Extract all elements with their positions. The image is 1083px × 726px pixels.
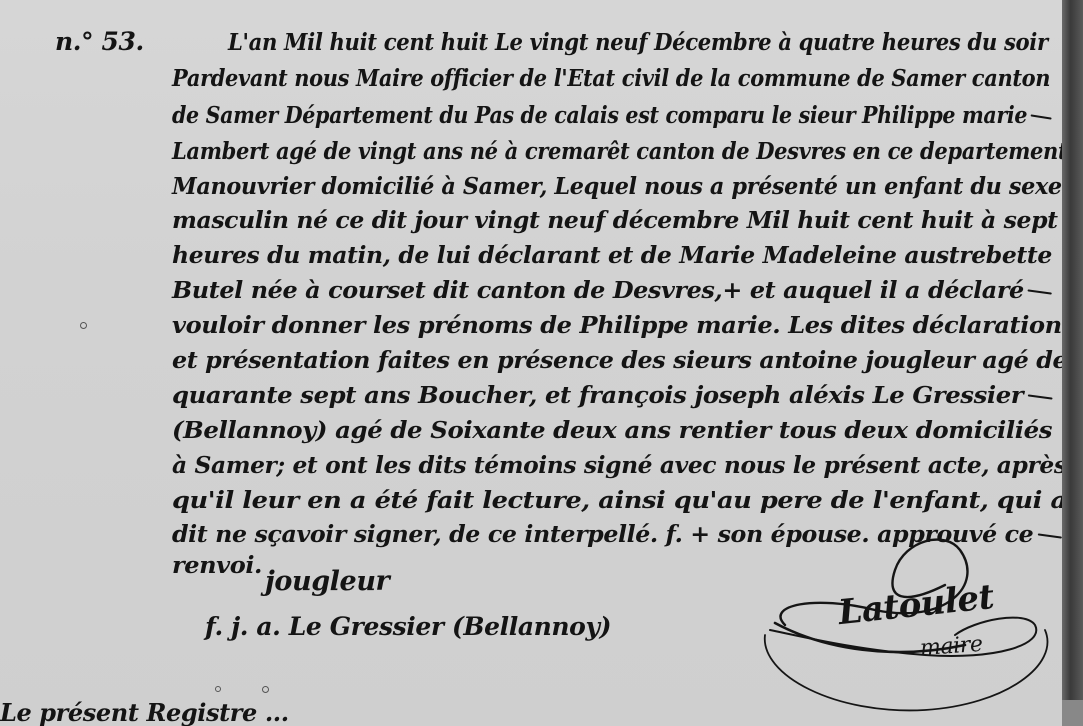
- act-text-line-content: vouloir donner les prénoms de Philippe m…: [172, 311, 1062, 339]
- witness-signature-le-gressier: f. j. a. Le Gressier (Bellannoy): [205, 612, 611, 641]
- act-text-line: de Samer Département du Pas de calais es…: [172, 101, 1052, 129]
- act-text-line: qu'il leur en a été fait lecture, ainsi …: [172, 486, 1062, 514]
- act-text-line: renvoi.: [172, 551, 262, 579]
- paper-speck: [80, 322, 87, 329]
- next-entry-fragment: Le présent Registre ...: [0, 698, 289, 726]
- act-text-line-content: Pardevant nous Maire officier de l'Etat …: [172, 64, 1050, 92]
- act-text-line-content: de Samer Département du Pas de calais es…: [172, 101, 1027, 129]
- act-text-line-content: heures du matin, de lui déclarant et de …: [172, 241, 1052, 269]
- line-filler-dash: [1031, 114, 1052, 119]
- act-text-line-content: à Samer; et ont les dits témoins signé a…: [172, 451, 1062, 479]
- act-text-line: vouloir donner les prénoms de Philippe m…: [172, 311, 1062, 339]
- binding-edge: [1062, 0, 1083, 726]
- act-text-line-content: Manouvrier domicilié à Samer, Lequel nou…: [172, 172, 1062, 200]
- act-text-line-content: Butel née à courset dit canton de Desvre…: [172, 276, 1024, 304]
- act-text-line: Butel née à courset dit canton de Desvre…: [172, 276, 1052, 304]
- act-text-line: masculin né ce dit jour vingt neuf décem…: [172, 206, 1058, 234]
- act-text-line-content: et présentation faites en présence des s…: [172, 346, 1062, 374]
- act-text-line-content: Lambert agé de vingt ans né à cremarêt c…: [172, 137, 1062, 165]
- act-text-line: Lambert agé de vingt ans né à cremarêt c…: [172, 137, 1062, 165]
- act-text-line: (Bellannoy) agé de Soixante deux ans ren…: [172, 416, 1052, 444]
- act-text-line: L'an Mil huit cent huit Le vingt neuf Dé…: [228, 28, 1048, 56]
- act-text-line-content: L'an Mil huit cent huit Le vingt neuf Dé…: [228, 28, 1048, 56]
- witness-signature-jougleur: jougleur: [265, 566, 389, 597]
- act-text-line: Manouvrier domicilié à Samer, Lequel nou…: [172, 172, 1062, 200]
- act-text-line-content: qu'il leur en a été fait lecture, ainsi …: [172, 486, 1062, 514]
- act-text-line-content: renvoi.: [172, 551, 262, 579]
- act-text-line: heures du matin, de lui déclarant et de …: [172, 241, 1052, 269]
- binding-edge-bottom: [1062, 700, 1083, 726]
- act-text-line-content: masculin né ce dit jour vingt neuf décem…: [172, 206, 1058, 234]
- mayor-signature-title: maire: [919, 632, 983, 661]
- act-number: n.° 53.: [55, 27, 144, 56]
- paper-speck: [262, 686, 269, 693]
- act-text-line: et présentation faites en présence des s…: [172, 346, 1062, 374]
- paper-speck: [215, 686, 221, 692]
- act-text-line: quarante sept ans Boucher, et françois j…: [172, 381, 1052, 409]
- act-text-line-content: quarante sept ans Boucher, et françois j…: [172, 381, 1023, 409]
- register-page: n.° 53. L'an Mil huit cent huit Le vingt…: [0, 0, 1062, 726]
- act-text-line: Pardevant nous Maire officier de l'Etat …: [172, 64, 1050, 92]
- line-filler-dash: [1027, 394, 1052, 399]
- line-filler-dash: [1028, 289, 1052, 294]
- act-text-line-content: (Bellannoy) agé de Soixante deux ans ren…: [172, 416, 1052, 444]
- act-text-line: à Samer; et ont les dits témoins signé a…: [172, 451, 1062, 479]
